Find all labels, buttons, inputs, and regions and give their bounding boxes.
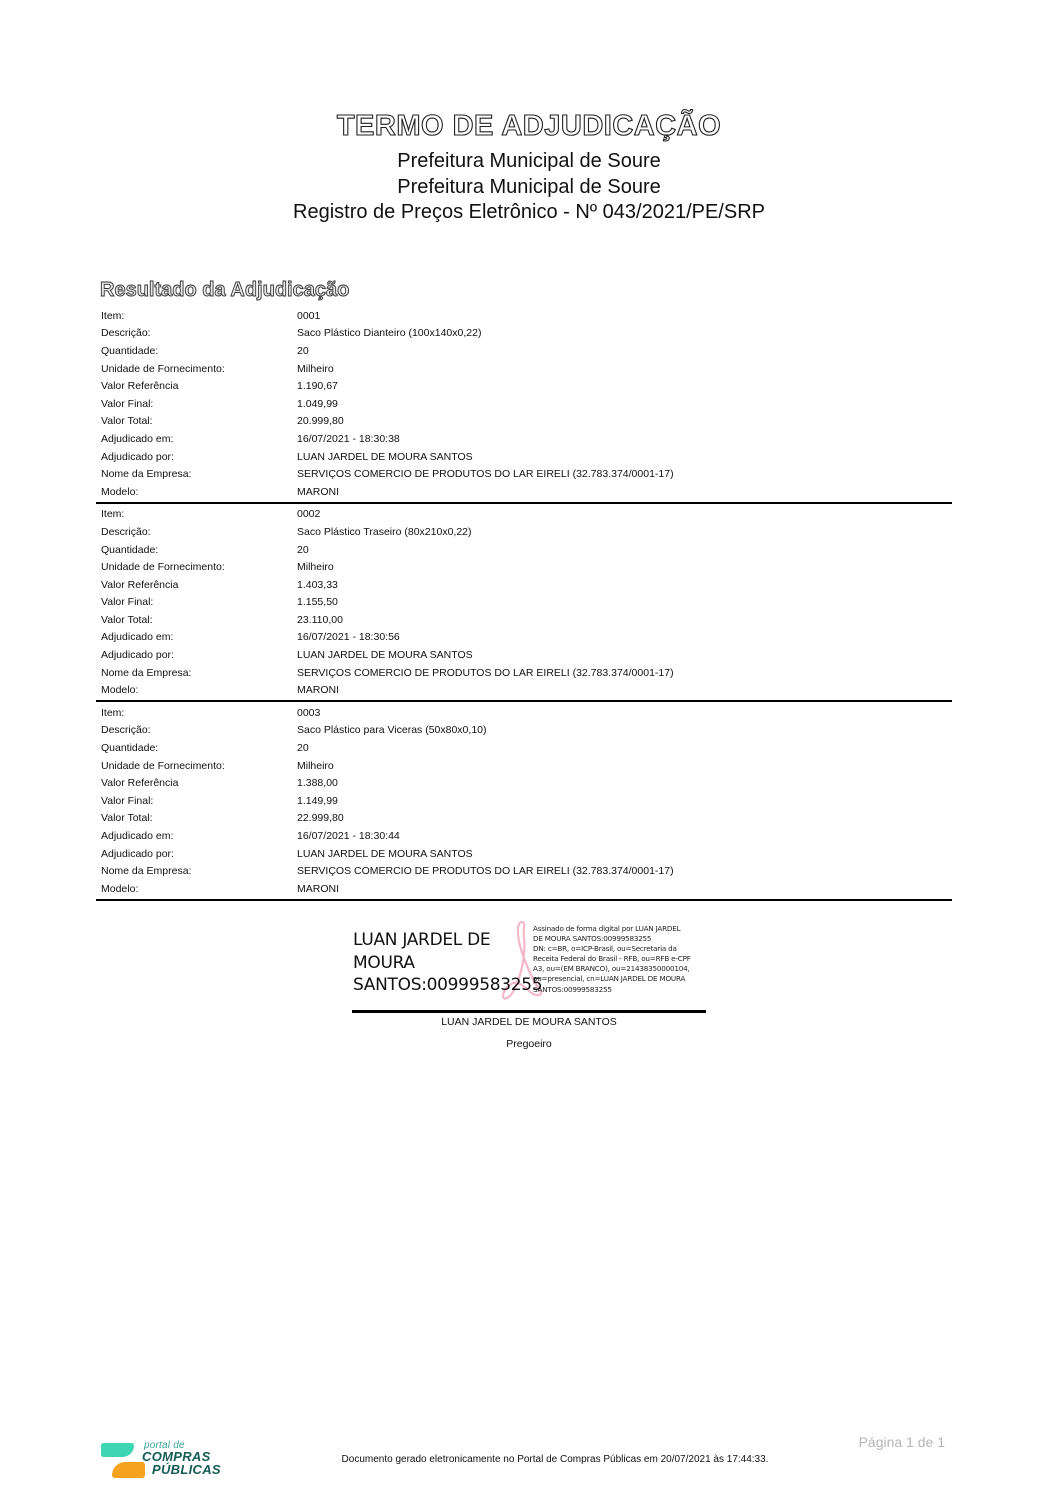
field-label: Item: <box>96 707 297 719</box>
field-label: Item: <box>96 508 297 520</box>
field-row-unidade: Unidade de Fornecimento:Milheiro <box>96 558 952 576</box>
field-row-valor-referencia: Valor Referência1.388,00 <box>96 774 952 792</box>
item-block-0002: Item:0002Descrição:Saco Plástico Traseir… <box>96 506 952 703</box>
field-value: MARONI <box>297 486 952 498</box>
subtitle-organization-2: Prefeitura Municipal de Soure <box>0 176 1058 199</box>
field-label: Valor Referência <box>96 579 297 591</box>
digital-signature-line: DE MOURA SANTOS:00999583255 <box>533 934 708 944</box>
field-label: Adjudicado em: <box>96 631 297 643</box>
field-label: Adjudicado por: <box>96 451 297 463</box>
field-row-quantidade: Quantidade:20 <box>96 541 952 559</box>
field-value: 20 <box>297 544 952 556</box>
field-row-quantidade: Quantidade:20 <box>96 739 952 757</box>
field-label: Nome da Empresa: <box>96 865 297 877</box>
field-row-adjudicado-por: Adjudicado por:LUAN JARDEL DE MOURA SANT… <box>96 646 952 664</box>
field-label: Valor Total: <box>96 812 297 824</box>
field-value: 16/07/2021 - 18:30:56 <box>297 631 952 643</box>
field-row-adjudicado-em: Adjudicado em:16/07/2021 - 18:30:44 <box>96 827 952 845</box>
field-value: Saco Plástico para Viceras (50x80x0,10) <box>297 724 952 736</box>
field-value: Milheiro <box>297 561 952 573</box>
field-value: Milheiro <box>297 760 952 772</box>
signature-name-large: LUAN JARDEL DE MOURA SANTOS:00999583255 <box>353 929 542 997</box>
field-label: Modelo: <box>96 883 297 895</box>
field-value: 1.149,99 <box>297 795 952 807</box>
field-row-nome-empresa: Nome da Empresa:SERVIÇOS COMERCIO DE PRO… <box>96 465 952 483</box>
field-value: 1.190,67 <box>297 380 952 392</box>
subtitle-organization: Prefeitura Municipal de Soure <box>0 150 1058 173</box>
field-row-valor-final: Valor Final:1.155,50 <box>96 594 952 612</box>
field-value: 0001 <box>297 310 952 322</box>
field-row-nome-empresa: Nome da Empresa:SERVIÇOS COMERCIO DE PRO… <box>96 664 952 682</box>
field-row-adjudicado-em: Adjudicado em:16/07/2021 - 18:30:38 <box>96 430 952 448</box>
field-label: Descrição: <box>96 526 297 538</box>
field-label: Valor Referência <box>96 380 297 392</box>
field-row-valor-total: Valor Total:23.110,00 <box>96 611 952 629</box>
field-label: Valor Final: <box>96 398 297 410</box>
field-value: LUAN JARDEL DE MOURA SANTOS <box>297 451 952 463</box>
field-label: Valor Total: <box>96 614 297 626</box>
field-row-item: Item:0003 <box>96 704 952 722</box>
field-row-descricao: Descrição:Saco Plástico para Viceras (50… <box>96 722 952 740</box>
field-row-item: Item:0001 <box>96 307 952 325</box>
field-row-valor-referencia: Valor Referência1.190,67 <box>96 377 952 395</box>
field-value: 0002 <box>297 508 952 520</box>
field-value: 16/07/2021 - 18:30:38 <box>297 433 952 445</box>
section-heading: Resultado da Adjudicação <box>100 279 349 302</box>
digital-signature-line: SANTOS:00999583255 <box>533 985 708 995</box>
digital-signature-line: ou=presencial, cn=LUAN JARDEL DE MOURA <box>533 974 708 984</box>
subtitle-process: Registro de Preços Eletrônico - Nº 043/2… <box>0 201 1058 224</box>
field-value: 20 <box>297 742 952 754</box>
field-label: Item: <box>96 310 297 322</box>
generated-notice: Documento gerado eletronicamente no Port… <box>0 1454 1058 1465</box>
field-label: Quantidade: <box>96 544 297 556</box>
field-value: 1.403,33 <box>297 579 952 591</box>
field-label: Valor Referência <box>96 777 297 789</box>
field-value: MARONI <box>297 883 952 895</box>
field-value: Saco Plástico Traseiro (80x210x0,22) <box>297 526 952 538</box>
field-row-nome-empresa: Nome da Empresa:SERVIÇOS COMERCIO DE PRO… <box>96 862 952 880</box>
field-label: Valor Final: <box>96 596 297 608</box>
digital-signature-line: DN: c=BR, o=ICP-Brasil, ou=Secretaria da <box>533 944 708 954</box>
field-row-valor-total: Valor Total:20.999,80 <box>96 413 952 431</box>
field-row-valor-final: Valor Final:1.049,99 <box>96 395 952 413</box>
field-label: Adjudicado em: <box>96 433 297 445</box>
field-label: Adjudicado por: <box>96 649 297 661</box>
field-label: Adjudicado em: <box>96 830 297 842</box>
field-row-modelo: Modelo:MARONI <box>96 681 952 699</box>
field-value: 23.110,00 <box>297 614 952 626</box>
field-row-valor-final: Valor Final:1.149,99 <box>96 792 952 810</box>
field-value: LUAN JARDEL DE MOURA SANTOS <box>297 848 952 860</box>
field-value: 1.049,99 <box>297 398 952 410</box>
adjudication-items: Item:0001Descrição:Saco Plástico Diantei… <box>96 307 952 903</box>
field-value: Saco Plástico Dianteiro (100x140x0,22) <box>297 327 952 339</box>
signature-line-3: SANTOS:00999583255 <box>353 974 542 997</box>
field-row-descricao: Descrição:Saco Plástico Dianteiro (100x1… <box>96 325 952 343</box>
field-label: Modelo: <box>96 486 297 498</box>
field-row-valor-total: Valor Total:22.999,80 <box>96 810 952 828</box>
signature-line-2: MOURA <box>353 952 542 975</box>
signer-role: Pregoeiro <box>352 1038 706 1050</box>
field-label: Descrição: <box>96 724 297 736</box>
digital-signature-line: A3, ou=(EM BRANCO), ou=21438350000104, <box>533 964 708 974</box>
document-title: TERMO DE ADJUDICAÇÃO <box>0 110 1058 143</box>
field-label: Unidade de Fornecimento: <box>96 363 297 375</box>
field-row-modelo: Modelo:MARONI <box>96 483 952 501</box>
field-row-item: Item:0002 <box>96 506 952 524</box>
field-label: Valor Final: <box>96 795 297 807</box>
signature-line <box>352 1010 706 1013</box>
field-value: SERVIÇOS COMERCIO DE PRODUTOS DO LAR EIR… <box>297 468 952 480</box>
field-label: Unidade de Fornecimento: <box>96 561 297 573</box>
field-value: 1.388,00 <box>297 777 952 789</box>
field-row-adjudicado-por: Adjudicado por:LUAN JARDEL DE MOURA SANT… <box>96 845 952 863</box>
field-row-valor-referencia: Valor Referência1.403,33 <box>96 576 952 594</box>
signature-line-1: LUAN JARDEL DE <box>353 929 542 952</box>
field-label: Valor Total: <box>96 415 297 427</box>
field-value: SERVIÇOS COMERCIO DE PRODUTOS DO LAR EIR… <box>297 865 952 877</box>
field-value: Milheiro <box>297 363 952 375</box>
field-value: MARONI <box>297 684 952 696</box>
field-label: Unidade de Fornecimento: <box>96 760 297 772</box>
field-label: Modelo: <box>96 684 297 696</box>
field-label: Descrição: <box>96 327 297 339</box>
field-value: 1.155,50 <box>297 596 952 608</box>
field-label: Adjudicado por: <box>96 848 297 860</box>
field-row-modelo: Modelo:MARONI <box>96 880 952 898</box>
field-label: Quantidade: <box>96 345 297 357</box>
field-value: 0003 <box>297 707 952 719</box>
field-value: 16/07/2021 - 18:30:44 <box>297 830 952 842</box>
field-value: 22.999,80 <box>297 812 952 824</box>
digital-signature-line: Receita Federal do Brasil - RFB, ou=RFB … <box>533 954 708 964</box>
field-value: LUAN JARDEL DE MOURA SANTOS <box>297 649 952 661</box>
field-row-quantidade: Quantidade:20 <box>96 342 952 360</box>
field-value: SERVIÇOS COMERCIO DE PRODUTOS DO LAR EIR… <box>297 667 952 679</box>
item-block-0001: Item:0001Descrição:Saco Plástico Diantei… <box>96 307 952 504</box>
field-row-unidade: Unidade de Fornecimento:Milheiro <box>96 757 952 775</box>
field-row-adjudicado-por: Adjudicado por:LUAN JARDEL DE MOURA SANT… <box>96 448 952 466</box>
field-value: 20 <box>297 345 952 357</box>
digital-signature-line: Assinado de forma digital por LUAN JARDE… <box>533 924 708 934</box>
field-row-descricao: Descrição:Saco Plástico Traseiro (80x210… <box>96 523 952 541</box>
field-row-adjudicado-em: Adjudicado em:16/07/2021 - 18:30:56 <box>96 629 952 647</box>
field-label: Nome da Empresa: <box>96 667 297 679</box>
field-row-unidade: Unidade de Fornecimento:Milheiro <box>96 360 952 378</box>
field-label: Nome da Empresa: <box>96 468 297 480</box>
page-number: Página 1 de 1 <box>859 1434 945 1450</box>
digital-signature-details: Assinado de forma digital por LUAN JARDE… <box>533 924 708 995</box>
field-value: 20.999,80 <box>297 415 952 427</box>
signer-name: LUAN JARDEL DE MOURA SANTOS <box>352 1016 706 1028</box>
item-block-0003: Item:0003Descrição:Saco Plástico para Vi… <box>96 704 952 901</box>
field-label: Quantidade: <box>96 742 297 754</box>
